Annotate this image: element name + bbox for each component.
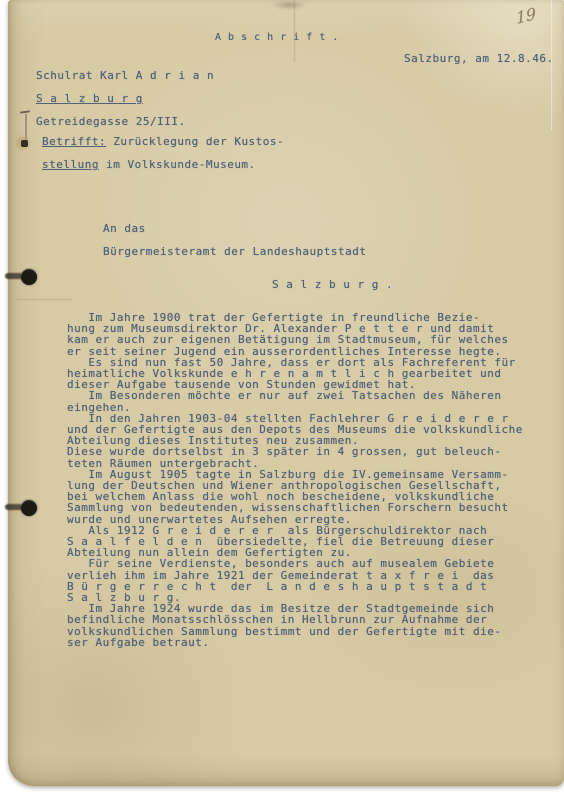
subject-line2-underlined: stellung [42,158,99,171]
subject-label: Betrifft: [42,135,106,148]
hole-punch [21,269,37,285]
vertical-crease [294,0,295,62]
sender-city: S a l z b u r g [36,92,143,105]
sender-name: Schulrat Karl A d r i a n [36,69,214,82]
subject-line2: im Volkskunde-Museum. [99,158,256,171]
recipient-block: An das Bürgermeisteramt der Landeshaupts… [103,223,367,258]
sender-street: Getreidegasse 25/III. [36,115,186,128]
hole-punch [21,500,37,516]
date-line: Salzburg, am 12.8.46. [404,53,554,65]
subject-block: Betrifft: Zurücklegung der Kustos- stell… [42,136,284,171]
subject-line1: Zurücklegung der Kustos- [106,135,284,148]
staple-mark [19,110,33,150]
document-title: A b s c h r i f t . [215,32,339,44]
recipient-city-heading: S a l z b u r g . [272,279,393,291]
recipient-salutation: An das [103,222,146,235]
staple-pin-line [25,114,27,142]
recipient-office: Bürgermeisteramt der Landeshauptstadt [103,245,367,258]
body-text: Im Jahre 1900 trat der Gefertigte in fre… [67,312,523,648]
staple-head-dot [21,140,28,147]
top-edge-smudge [271,0,307,10]
left-crease [16,299,72,300]
sender-address-block: Schulrat Karl A d r i a n S a l z b u r … [36,70,214,128]
